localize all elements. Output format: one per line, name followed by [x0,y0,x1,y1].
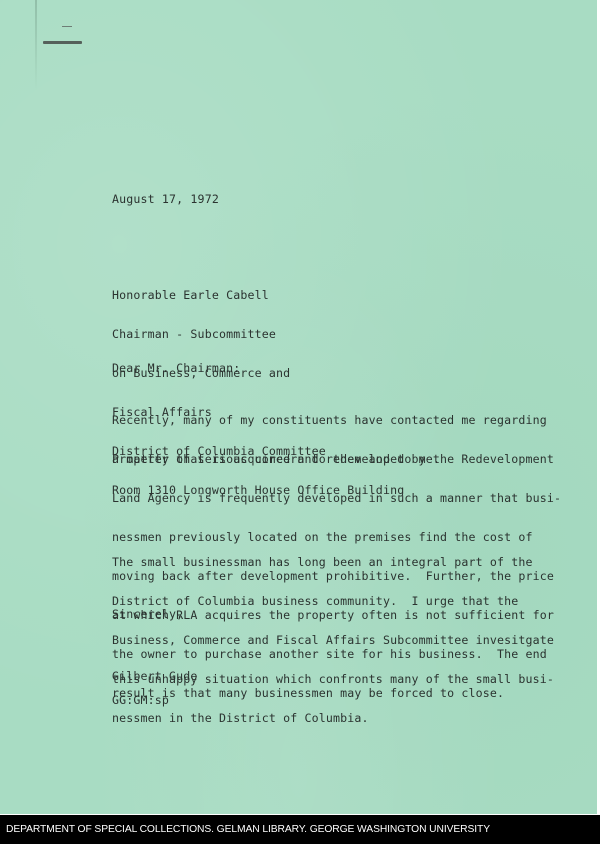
archive-credit-footer: DEPARTMENT OF SPECIAL COLLECTIONS. GELMA… [0,815,600,844]
paragraph-line: Business, Commerce and Fiscal Affairs Su… [112,634,554,647]
paragraph-line: Property that is acquired and redevelope… [112,453,561,466]
letter-date: August 17, 1972 [112,193,219,206]
paragraph-line: Recently, many of my constituents have c… [112,414,547,427]
reference-initials: GG:GM:sp [112,694,169,707]
address-line: Chairman - Subcommittee [112,328,404,341]
letter-page: August 17, 1972 Honorable Earle Cabell C… [0,0,597,814]
paragraph-line: The small businessman has long been an i… [112,556,554,569]
body-paragraph-3: The small businessman has long been an i… [112,530,554,751]
paragraph-line: Land Agency is frequently developed in s… [112,492,561,505]
pencil-mark [62,26,72,31]
salutation: Dear Mr. Chairman: [112,362,240,375]
address-line: Honorable Earle Cabell [112,289,404,302]
paragraph-line: nessmen in the District of Columbia. [112,712,554,725]
staple-icon [43,41,82,44]
paper-fold-crease [35,0,37,90]
closing: Sincerely, [112,608,183,621]
signer-name: Gilbert Gude [112,670,198,683]
